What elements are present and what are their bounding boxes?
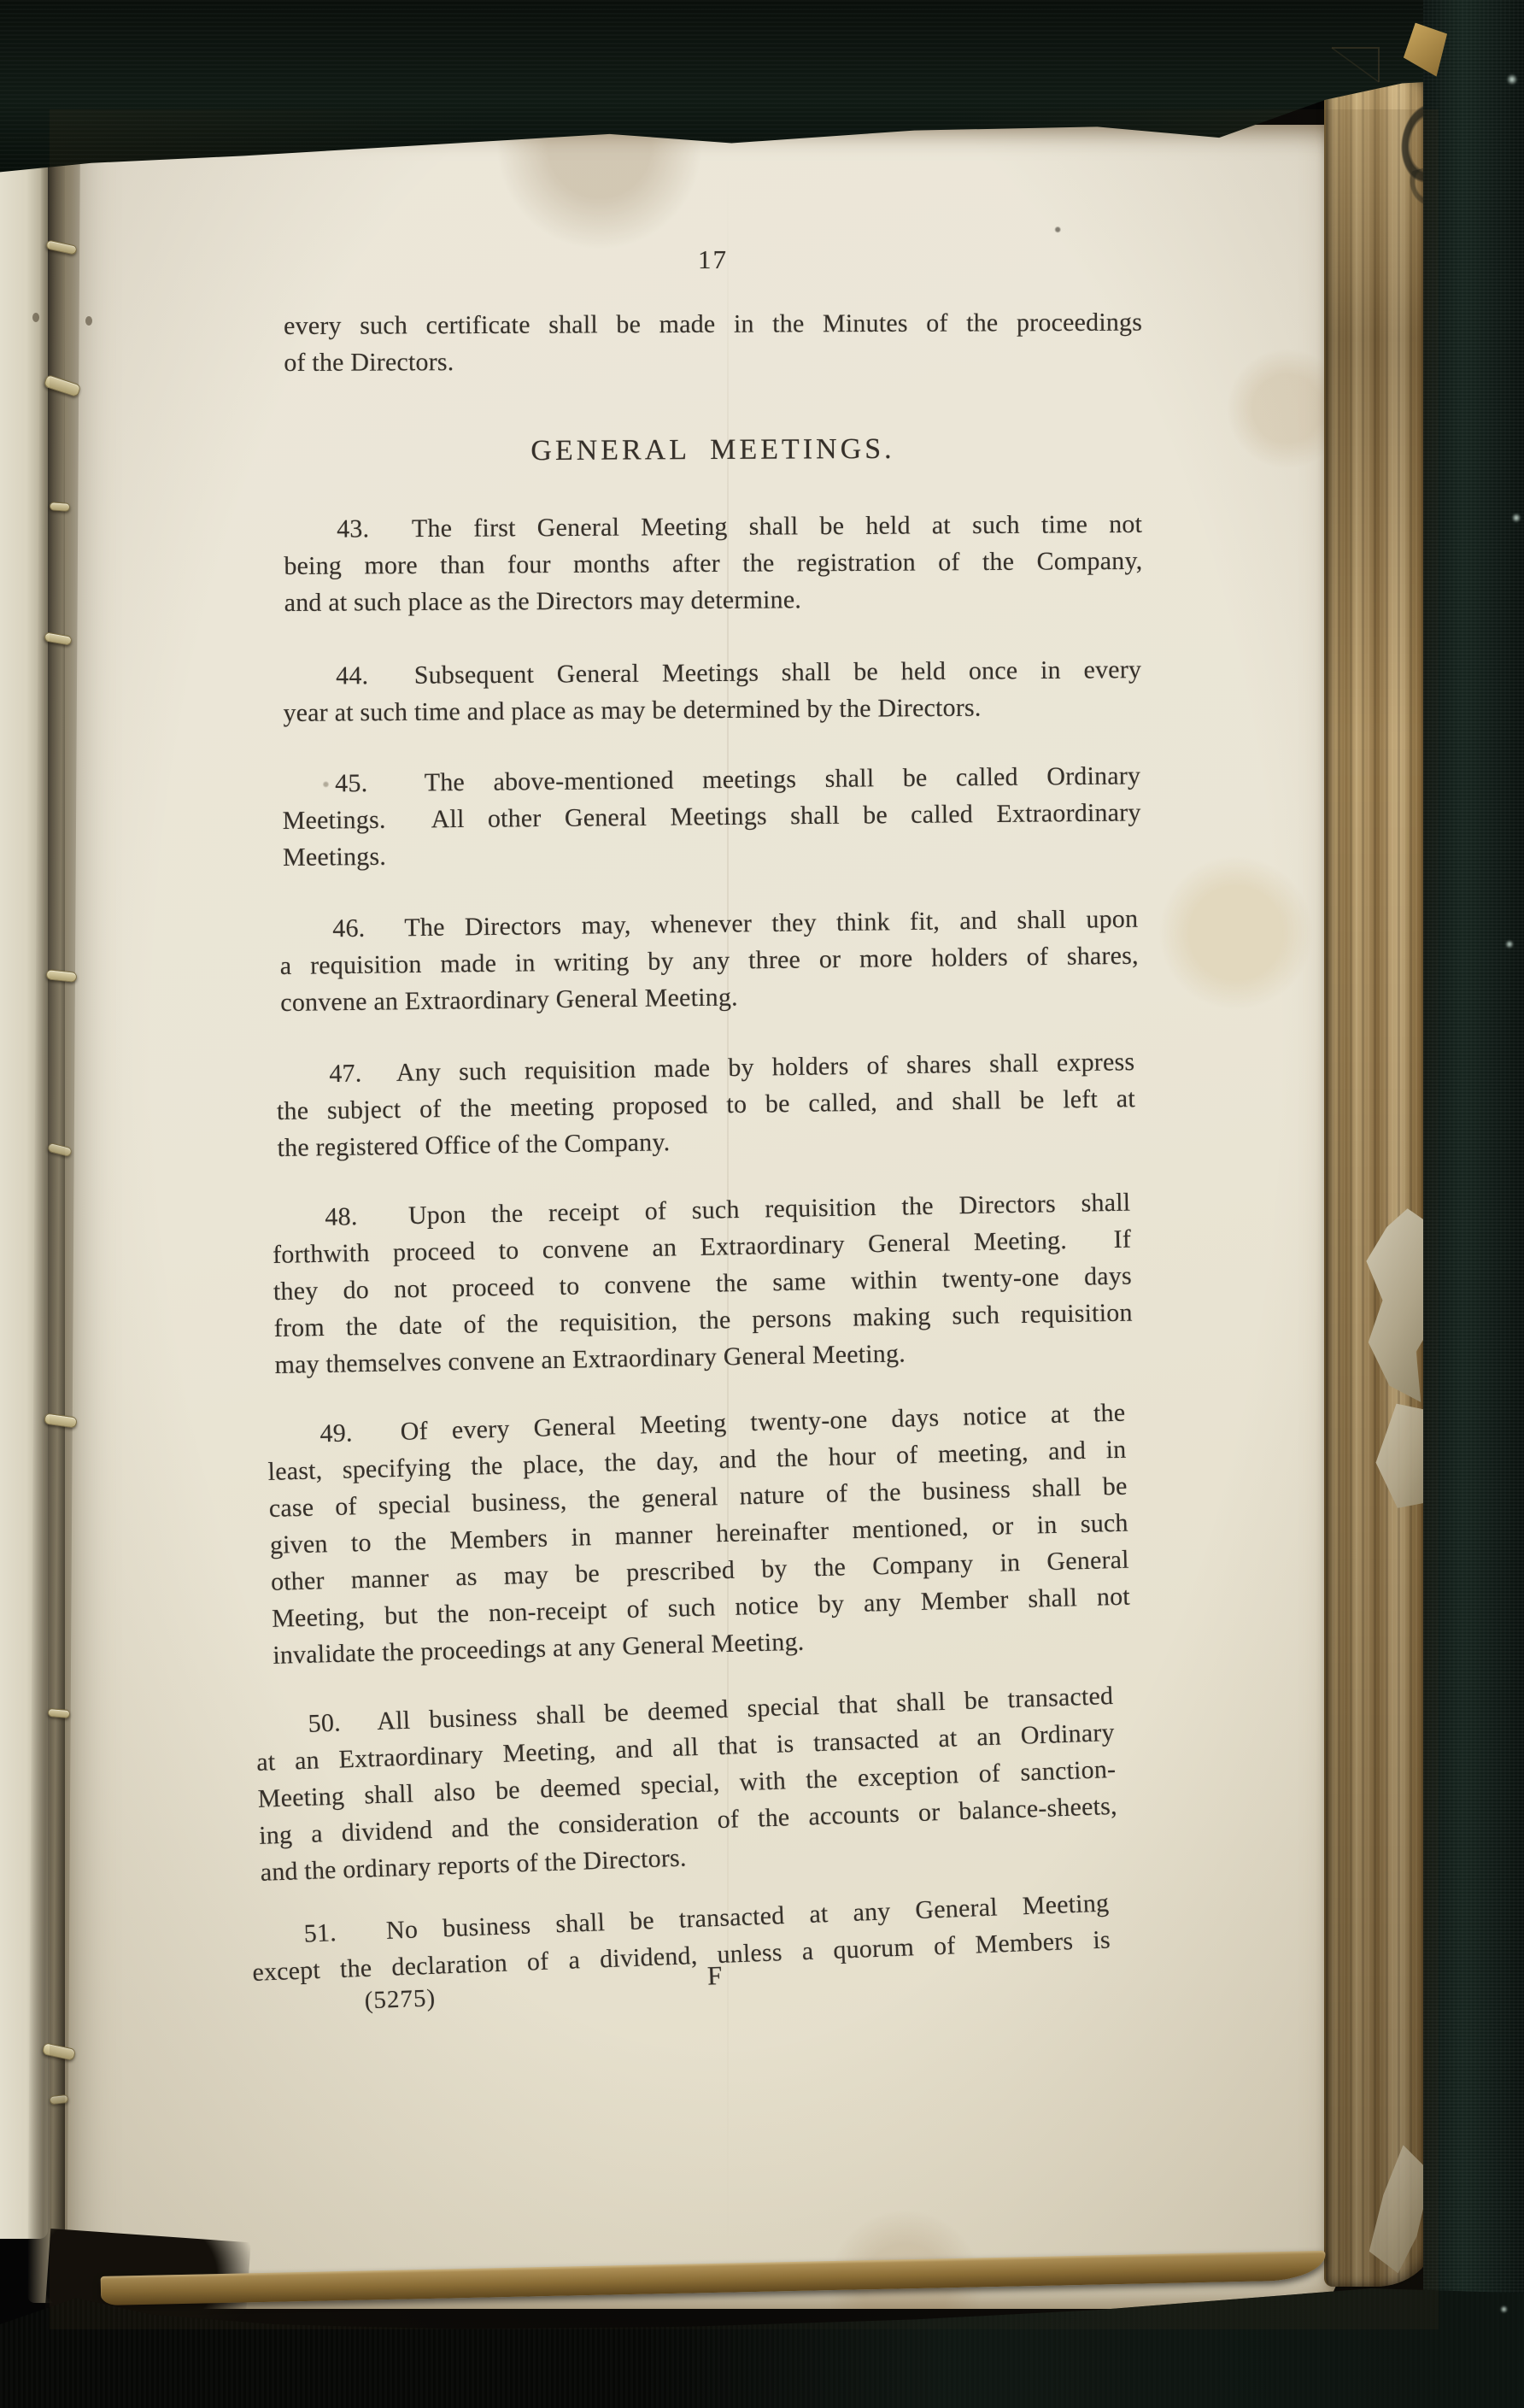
text-line: 43. The first General Meeting shall be h… [284, 506, 1142, 548]
text-line: 44. Subsequent General Meetings shall be… [283, 651, 1141, 695]
text-line: every such certificate shall be made in … [284, 304, 1142, 344]
article-44: 44. Subsequent General Meetings shall be… [283, 651, 1142, 731]
text-line: being more than four months after the re… [284, 543, 1142, 584]
article-48: 48. Upon the receipt of such requisition… [272, 1184, 1134, 1383]
article-49: 49. Of every General Meeting twenty-one … [267, 1395, 1132, 1674]
text-line: year at such time and place as may be de… [283, 688, 1141, 731]
article-43: 43. The first General Meeting shall be h… [284, 506, 1143, 621]
page-number: 17 [284, 244, 1142, 275]
section-heading: GENERAL MEETINGS. [284, 432, 1142, 468]
article-46: 46. The Directors may, whenever they thi… [279, 901, 1140, 1021]
text-line: and at such place as the Directors may d… [284, 579, 1143, 621]
article-50: 50. All business shall be deemed special… [255, 1677, 1119, 1891]
article-47: 47. Any such requisition made by holders… [276, 1043, 1136, 1166]
signature-letter: F [706, 1960, 723, 1992]
page-text: 17 every such certificate shall be made … [0, 0, 1524, 2408]
article-45: 45. The above-mentioned meetings shall b… [282, 757, 1141, 876]
intro-paragraph: every such certificate shall be made in … [284, 304, 1142, 381]
plate-number: (5275) [364, 1984, 436, 2015]
text-line: of the Directors. [284, 341, 1142, 381]
book-scan: 17 every such certificate shall be made … [0, 0, 1524, 2408]
